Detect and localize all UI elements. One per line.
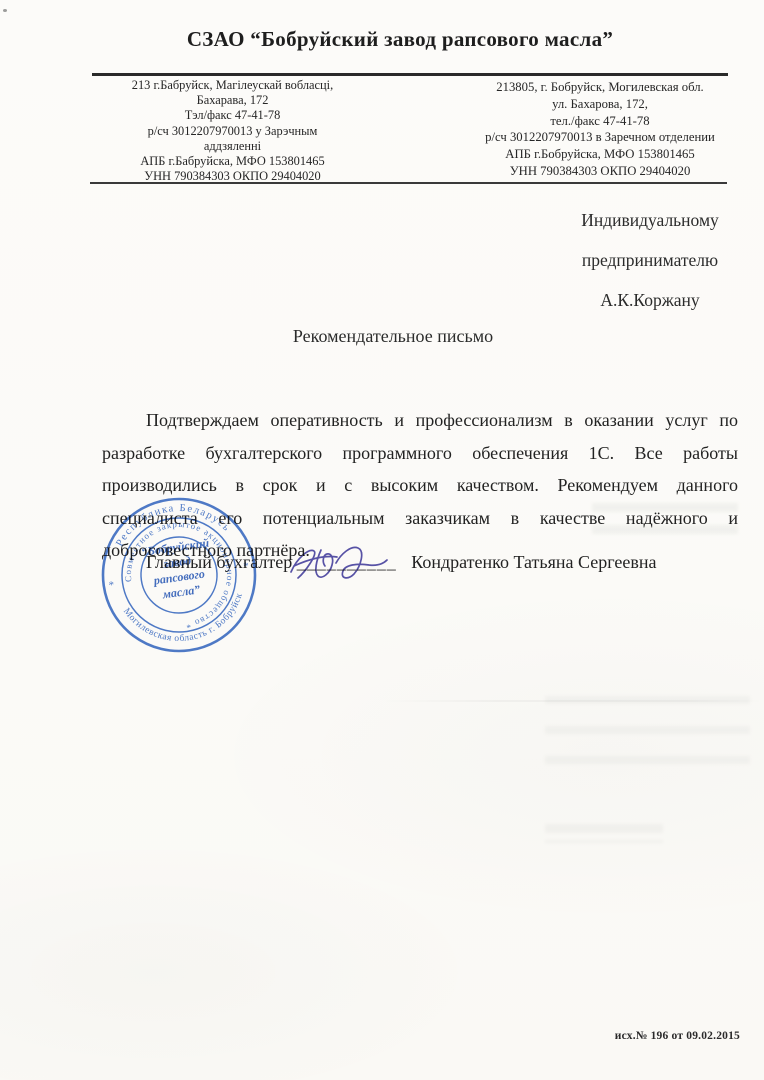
header-rule-thick — [92, 73, 728, 76]
company-header: СЗАО “Бобруйский завод рапсового масла” — [60, 27, 740, 52]
address-line: аддзяленні — [100, 139, 365, 154]
address-block-belarusian: 213 г.Бабруйск, Магілеускай вобласці, Ба… — [100, 78, 365, 184]
outgoing-reference-number: исх.№ 196 от 09.02.2015 — [615, 1030, 740, 1042]
bleedthrough-artifact — [545, 686, 750, 770]
address-line: 213 г.Бабруйск, Магілеускай вобласці, — [100, 78, 365, 93]
addressee-block: Индивидуальному предпринимателю А.К.Корж… — [560, 200, 740, 320]
scan-speck-artifact — [3, 9, 7, 12]
address-line: ул. Бахарова, 172, — [455, 96, 745, 113]
star-icon: * — [108, 579, 115, 592]
address-line: 213805, г. Бобруйск, Могилевская обл. — [455, 79, 745, 96]
body-line: разработке бухгалтерского программного о… — [102, 437, 738, 470]
address-line: р/сч 3012207970013 у Зарэчным — [100, 124, 365, 139]
handwritten-signature — [281, 536, 399, 590]
star-icon: * — [243, 560, 250, 573]
addressee-line: предпринимателю — [560, 240, 740, 280]
letter-title: Рекомендательное письмо — [103, 326, 683, 347]
addressee-line: А.К.Коржану — [560, 280, 740, 320]
address-rule-thin — [90, 182, 727, 184]
address-line: Бахарава, 172 — [100, 93, 365, 108]
address-line: Тэл/факс 47-41-78 — [100, 108, 365, 123]
bleedthrough-artifact — [545, 817, 663, 843]
address-line: УНН 790384303 ОКПО 29404020 — [455, 163, 745, 180]
address-block-russian: 213805, г. Бобруйск, Могилевская обл. ул… — [455, 79, 745, 180]
address-line: АПБ г.Бобруйска, МФО 153801465 — [455, 146, 745, 163]
address-line: р/сч 3012207970013 в Заречном отделении — [455, 129, 745, 146]
address-line: тел./факс 47-41-78 — [455, 113, 745, 130]
paper-crease — [380, 700, 764, 702]
signatory-name: Кондратенко Татьяна Сергеевна — [401, 552, 656, 572]
company-round-stamp: Республика Беларусь Могилевская область … — [89, 485, 270, 666]
body-line: Подтверждаем оперативность и профессиона… — [102, 404, 738, 437]
address-line: АПБ г.Бабруйска, МФО 153801465 — [100, 154, 365, 169]
addressee-line: Индивидуальному — [560, 200, 740, 240]
scanned-letter-page: СЗАО “Бобруйский завод рапсового масла” … — [0, 0, 764, 1080]
